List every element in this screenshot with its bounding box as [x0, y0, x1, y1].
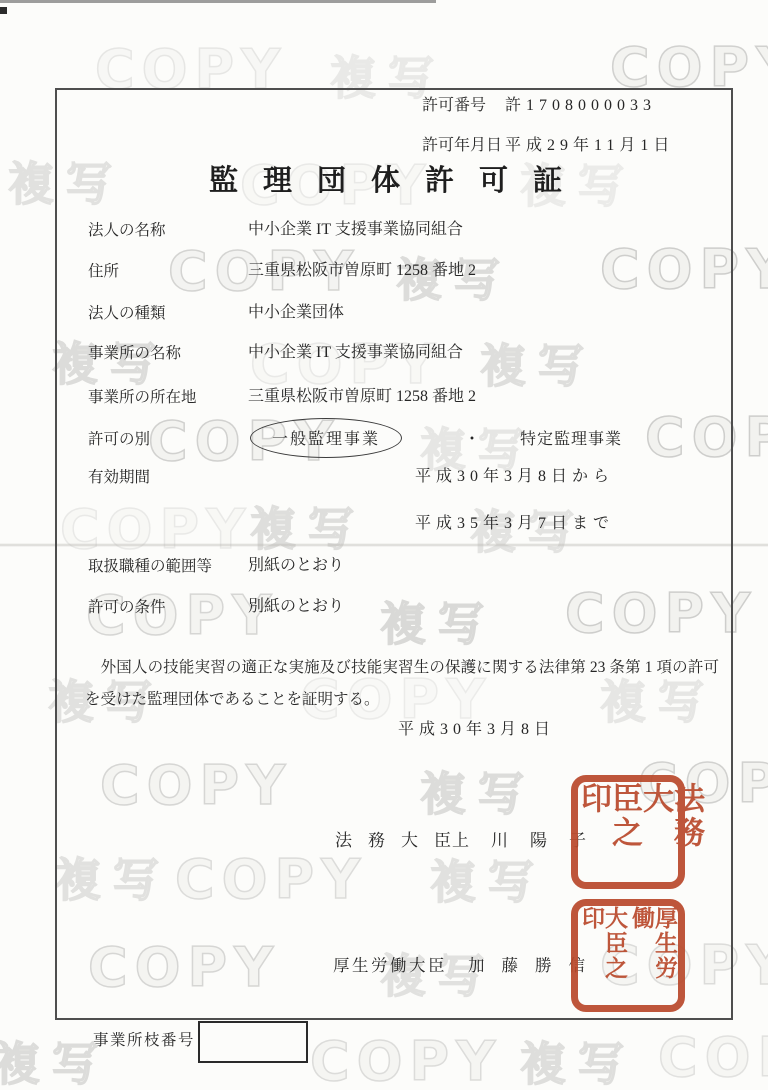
minister-health-seal: 厚生労働 大臣之印 — [571, 899, 685, 1012]
field-label-validity: 有効期間 — [88, 468, 150, 488]
permit-number-label: 許可番号 — [422, 96, 486, 116]
seal-column-left: 大臣之印 — [580, 906, 626, 1005]
permit-category-separator-dot: ・ — [464, 430, 480, 450]
scan-artifact-top-line — [0, 0, 436, 3]
field-label-office-address: 事業所の所在地 — [88, 388, 197, 408]
seal-column-left: 臣之印 — [578, 782, 640, 882]
field-label-conditions: 許可の条件 — [88, 598, 166, 618]
seal-column-right: 厚生労働 — [630, 906, 676, 1005]
watermark-text: COPY — [658, 1026, 768, 1089]
permit-date-value: 平成29年11月1日 — [505, 136, 674, 156]
field-label-corporate-type: 法人の種類 — [88, 304, 166, 324]
validity-from: 平成30年3月8日から — [415, 467, 614, 487]
validity-to: 平成35年3月7日まで — [415, 514, 614, 534]
seal-column-right: 法務大 — [640, 782, 702, 882]
field-value-corporate-name: 中小企業 IT 支援事業協同組合 — [248, 220, 463, 240]
field-value-job-scope: 別紙のとおり — [248, 556, 344, 576]
field-label-corporate-name: 法人の名称 — [88, 221, 166, 241]
minister-justice-seal: 法務大 臣之印 — [571, 775, 685, 889]
field-value-address: 三重県松阪市曽原町 1258 番地 2 — [248, 261, 476, 281]
field-value-office-address: 三重県松阪市曽原町 1258 番地 2 — [248, 387, 476, 407]
branch-number-label: 事業所枝番号 — [93, 1031, 195, 1051]
issue-date: 平成30年3月8日 — [398, 720, 555, 740]
field-label-job-scope: 取扱職種の範囲等 — [88, 557, 212, 577]
field-value-corporate-type: 中小企業団体 — [248, 303, 344, 323]
branch-number-box — [198, 1021, 308, 1063]
certification-statement: 外国人の技能実習の適正な実施及び技能実習生の保護に関する法律第 23 条第 1 … — [85, 652, 719, 716]
minister-health-title: 厚生労働大臣 — [333, 952, 447, 976]
field-label-office-name: 事業所の名称 — [88, 344, 181, 364]
permit-date-label: 許可年月日 — [422, 136, 502, 156]
field-label-permit-category: 許可の別 — [88, 430, 150, 450]
watermark-text: COPY — [310, 1030, 502, 1090]
permit-category-unselected: 特定監理事業 — [520, 430, 622, 450]
permit-category-selected-circle: 一般監理事業 — [250, 418, 402, 458]
field-label-address: 住所 — [88, 262, 119, 282]
page-title: 監理団体許可証 — [118, 158, 678, 199]
field-value-office-name: 中小企業 IT 支援事業協同組合 — [248, 343, 463, 363]
watermark-text: 複写 — [520, 1028, 636, 1090]
field-value-conditions: 別紙のとおり — [248, 597, 344, 617]
permit-number-value: 許1708000033 — [505, 96, 656, 116]
scan-artifact-corner-dot — [0, 7, 7, 14]
minister-justice-title: 法務大臣 — [335, 826, 467, 851]
